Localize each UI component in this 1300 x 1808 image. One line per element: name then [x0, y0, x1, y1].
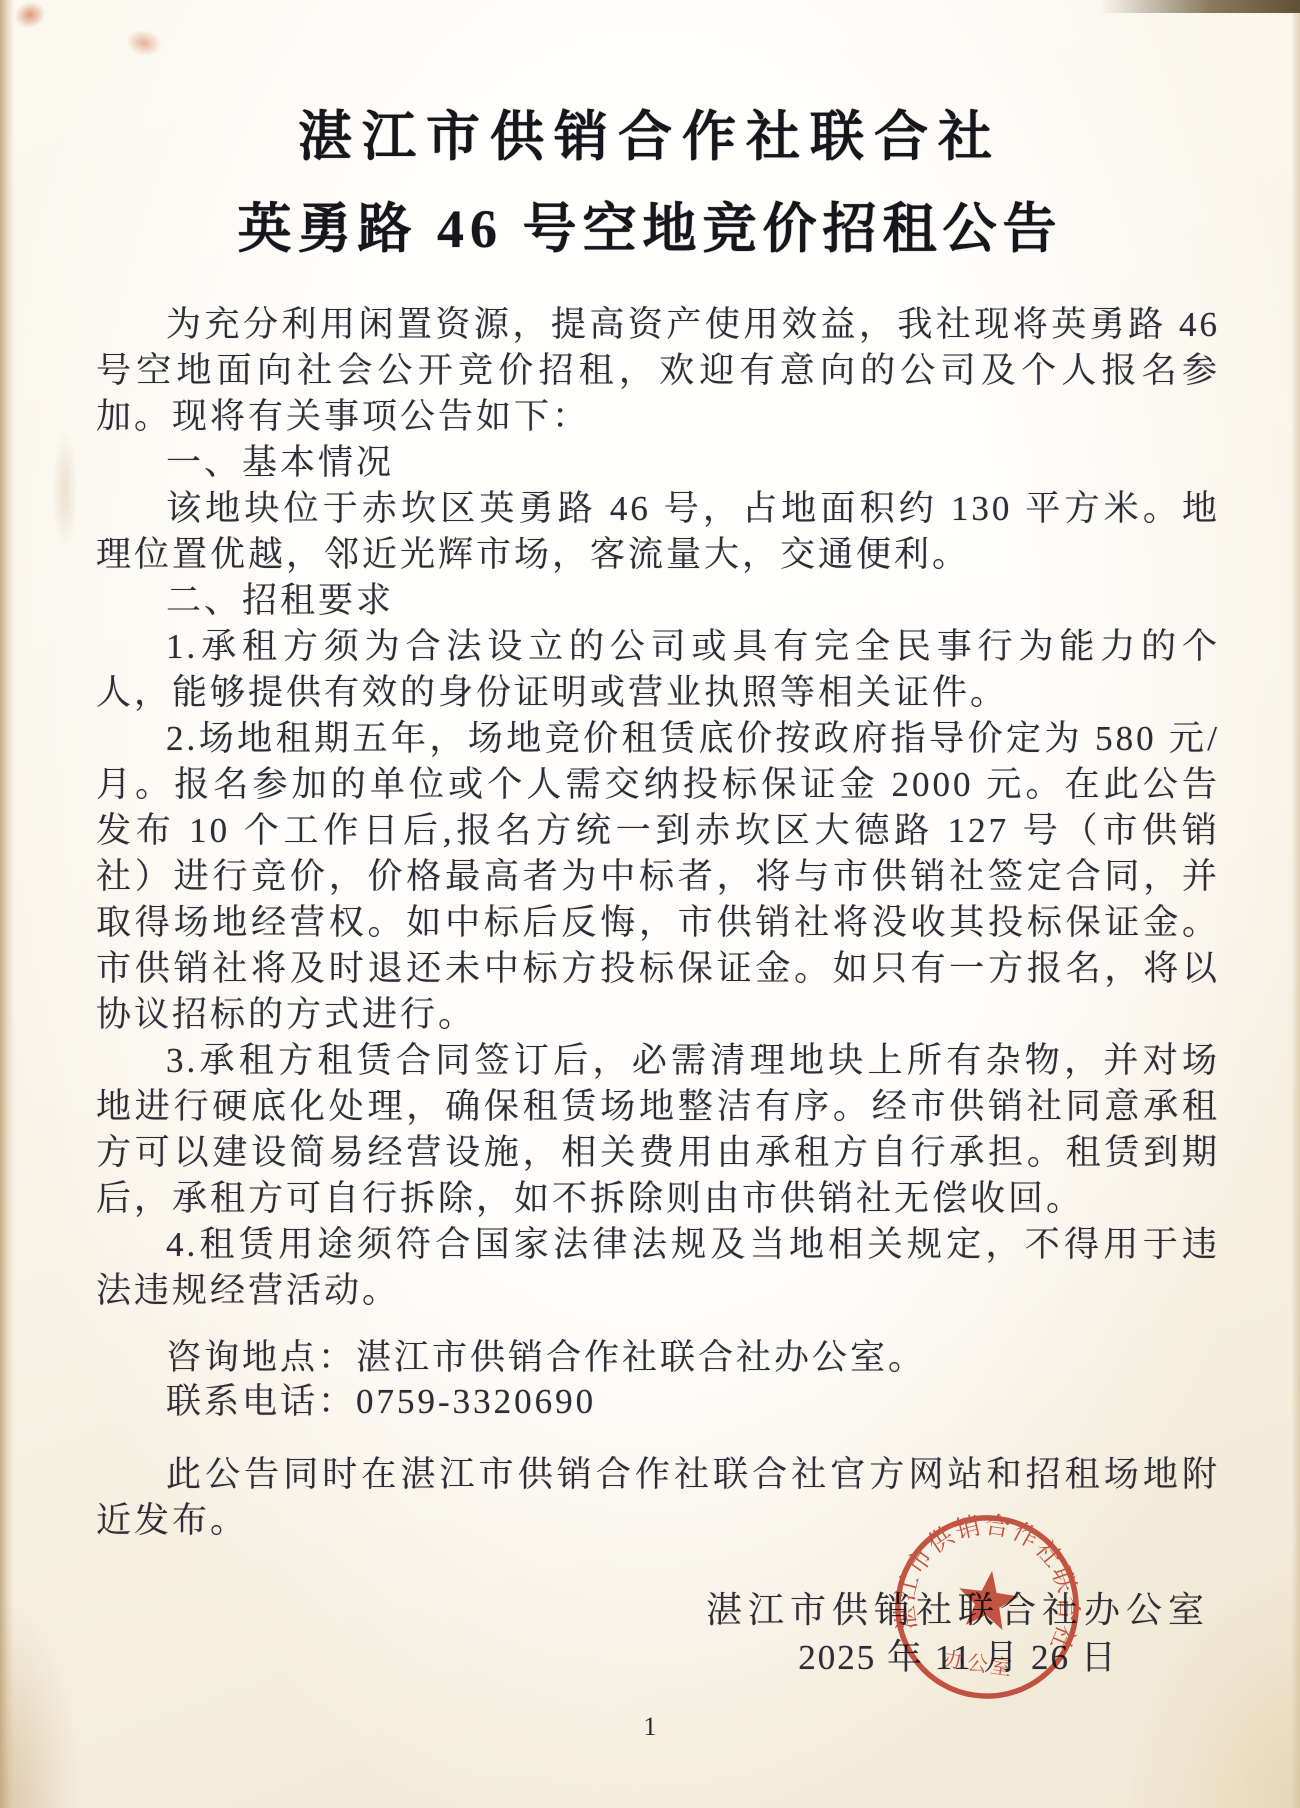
- contact-block: 咨询地点：湛江市供销合作社联合社办公室。 联系电话：0759-3320690: [96, 1336, 1220, 1424]
- document-page: 湛江市供销合作社联合社 英勇路 46 号空地竞价招租公告 为充分利用闲置资源，提…: [0, 0, 1300, 1808]
- doc-title-line2: 英勇路 46 号空地竞价招租公告: [0, 186, 1300, 263]
- requirement-item-3: 3.承租方租赁合同签订后，必需清理地块上所有杂物，并对场地进行硬底化处理，确保租…: [96, 1038, 1220, 1222]
- contact-location: 咨询地点：湛江市供销合作社联合社办公室。: [96, 1336, 1220, 1380]
- intro-paragraph: 为充分利用闲置资源，提高资产使用效益，我社现将英勇路 46 号空地面向社会公开竞…: [96, 302, 1220, 440]
- paper-edge-right: [1291, 0, 1300, 1808]
- paper-corner-stain-bottom-left: [0, 1598, 80, 1808]
- requirement-item-4: 4.租赁用途须符合国家法律法规及当地相关规定，不得用于违法违规经营活动。: [96, 1222, 1220, 1314]
- section1-paragraph: 该地块位于赤坎区英勇路 46 号，占地面积约 130 平方米。地理位置优越，邻近…: [96, 486, 1220, 578]
- ink-mark-top-left-2: [124, 27, 165, 60]
- section1-heading: 一、基本情况: [96, 440, 1220, 486]
- section2-heading: 二、招租要求: [96, 578, 1220, 624]
- paper-edge-top: [1100, 0, 1300, 13]
- contact-phone: 联系电话：0759-3320690: [96, 1380, 1220, 1424]
- requirement-item-1: 1.承租方须为合法设立的公司或具有完全民事行为能力的个人，能够提供有效的身份证明…: [96, 624, 1220, 716]
- page-number: 1: [0, 1712, 1300, 1742]
- official-stamp: 湛江市供销合作社联合社 办公室: [875, 1495, 1099, 1719]
- stamp-bottom-text: 办公室: [942, 1648, 1016, 1681]
- doc-title-line1: 湛江市供销合作社联合社: [0, 94, 1300, 171]
- document-body: 为充分利用闲置资源，提高资产使用效益，我社现将英勇路 46 号空地面向社会公开竞…: [96, 302, 1220, 1314]
- ink-mark-top-left-1: [11, 0, 49, 32]
- paper-edge-left: [0, 0, 14, 1808]
- requirement-item-2: 2.场地租期五年，场地竞价租赁底价按政府指导价定为 580 元/月。报名参加的单…: [96, 716, 1220, 1038]
- paper-smudge-left: [52, 430, 78, 550]
- star-icon: [954, 1567, 1022, 1632]
